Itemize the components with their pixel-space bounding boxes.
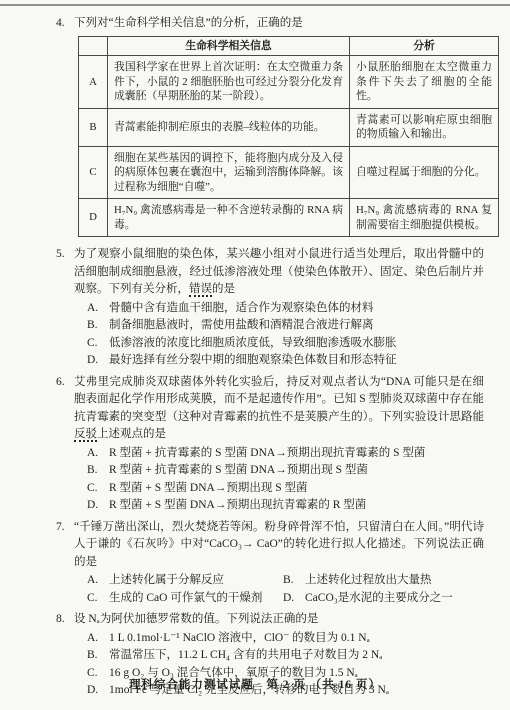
option-label: A.: [87, 572, 109, 590]
stem-text: 艾弗里完成肺炎双球菌体外转化实验后，持反对观点者认为“DNA 可能只是在细胞表面…: [74, 376, 484, 423]
row-analysis: H₇N₉ 禽流感病毒的 RNA 复制需要宿主细胞提供模板。: [350, 199, 499, 237]
option-text: 骨髓中含有造血干细胞，适合作为观察染色体的材料: [109, 300, 374, 318]
stem-emphasis: 错误: [189, 283, 212, 297]
option-text: 常温常压下，11.2 L CH₄ 含有的共用电子对数目为 2 Nₐ: [109, 647, 382, 665]
option-c: C.R 型菌 + S 型菌 DNA→预期出现 S 型菌: [74, 480, 484, 498]
option-c: C.生成的 CaO 可作氯气的干燥剂: [74, 590, 270, 608]
row-label: D: [79, 199, 108, 237]
exam-page: 4. 下列对“生命科学相关信息”的分析，正确的是 生命科学相关信息 分析 A 我…: [0, 0, 510, 710]
option-a: A.1 L 0.1mol·L⁻¹ NaClO 溶液中，ClO⁻ 的数目为 0.1…: [74, 630, 484, 648]
option-text: CaCO₃是水泥的主要成分之一: [305, 590, 453, 608]
option-label: D.: [87, 352, 109, 370]
option-label: C.: [87, 335, 109, 353]
row-analysis: 青蒿素可以影响疟原虫细胞的物质输入和输出。: [350, 108, 499, 146]
option-text: 低渗溶液的浓度比细胞质浓度低，导致细胞渗透吸水膨胀: [109, 335, 397, 353]
option-label: B.: [87, 647, 109, 665]
option-text: 1 L 0.1mol·L⁻¹ NaClO 溶液中，ClO⁻ 的数目为 0.1 N…: [109, 630, 370, 648]
option-a: A.R 型菌 + 抗青霉素的 S 型菌 DNA→预期出现抗青霉素的 S 型菌: [74, 445, 484, 463]
option-label: A.: [87, 300, 109, 318]
question-4: 4. 下列对“生命科学相关信息”的分析，正确的是 生命科学相关信息 分析 A 我…: [56, 15, 484, 242]
row-label: A: [79, 56, 108, 109]
question-5-number: 5.: [56, 246, 74, 370]
stem-text: 的是: [212, 283, 235, 295]
question-6-number: 6.: [56, 374, 74, 515]
page-content: 4. 下列对“生命科学相关信息”的分析，正确的是 生命科学相关信息 分析 A 我…: [56, 15, 484, 704]
option-label: B.: [87, 462, 109, 480]
table-row: B 青蒿素能抑制疟原虫的表膜–线粒体的功能。 青蒿素可以影响疟原虫细胞的物质输入…: [79, 108, 499, 146]
option-text: R 型菌 + 抗青霉素的 S 型菌 DNA→预期出现 S 型菌: [109, 462, 368, 480]
page-footer: 理科综合能力测试试题 第 2 页 （共 16 页）: [0, 676, 510, 692]
row-analysis: 小鼠胚胎细胞在太空微重力条件下失去了细胞的全能性。: [350, 56, 499, 109]
question-5: 5. 为了观察小鼠细胞的染色体，某兴趣小组对小鼠进行适当处理后，取出骨髓中的活细…: [56, 246, 484, 370]
row-info: H₇N₉ 禽流感病毒是一种不含逆转录酶的 RNA 病毒。: [108, 199, 350, 237]
option-b: B.制备细胞悬液时，需使用盐酸和酒精混合液进行解离: [74, 317, 484, 335]
row-analysis: 自噬过程属于细胞的分化。: [350, 146, 499, 199]
table-row: A 我国科学家在世界上首次证明：在太空微重力条件下，小鼠的 2 细胞胚胎也可经过…: [79, 56, 499, 109]
table-header-info: 生命科学相关信息: [108, 36, 350, 56]
stem-text: 为了观察小鼠细胞的染色体，某兴趣小组对小鼠进行适当处理后，取出骨髓中的活细胞制成…: [74, 248, 484, 295]
question-6-stem: 艾弗里完成肺炎双球菌体外转化实验后，持反对观点者认为“DNA 可能只是在细胞表面…: [74, 374, 484, 444]
option-text: 最好选择有丝分裂中期的细胞观察染色体数目和形态特征: [109, 352, 397, 370]
option-label: B.: [283, 572, 305, 590]
row-label: B: [79, 108, 108, 146]
question-7-stem: “千锤万凿出深山，烈火焚烧若等闲。粉身碎骨浑不怕，只留清白在人间。”明代诗人于谦…: [74, 519, 484, 572]
row-info: 我国科学家在世界上首次证明：在太空微重力条件下，小鼠的 2 细胞胚胎也可经过分裂…: [108, 56, 350, 109]
option-b: B.常温常压下，11.2 L CH₄ 含有的共用电子对数目为 2 Nₐ: [74, 647, 484, 665]
scan-edge-line: [0, 4, 510, 6]
question-8-stem: 设 Nₐ为阿伏加德罗常数的值。下列说法正确的是: [74, 611, 484, 629]
stem-emphasis: 反驳: [74, 428, 97, 442]
table-header-analysis: 分析: [350, 36, 499, 56]
option-text: R 型菌 + 抗青霉素的 S 型菌 DNA→预期出现抗青霉素的 S 型菌: [109, 445, 425, 463]
option-a: A.上述转化属于分解反应: [74, 572, 270, 590]
option-text: 生成的 CaO 可作氯气的干燥剂: [109, 590, 262, 608]
question-4-stem: 下列对“生命科学相关信息”的分析，正确的是: [74, 15, 499, 33]
option-label: B.: [87, 317, 109, 335]
option-label: C.: [87, 480, 109, 498]
option-label: A.: [87, 630, 109, 648]
table-row: C 细胞在某些基因的调控下，能将胞内成分及入侵的病原体包裹在囊泡中，运输到溶酶体…: [79, 146, 499, 199]
question-7-number: 7.: [56, 519, 74, 608]
option-b: B.R 型菌 + 抗青霉素的 S 型菌 DNA→预期出现 S 型菌: [74, 462, 484, 480]
question-5-stem: 为了观察小鼠细胞的染色体，某兴趣小组对小鼠进行适当处理后，取出骨髓中的活细胞制成…: [74, 246, 484, 299]
option-label: C.: [87, 590, 109, 608]
question-4-number: 4.: [56, 15, 74, 242]
option-c: C.低渗溶液的浓度比细胞质浓度低，导致细胞渗透吸水膨胀: [74, 335, 484, 353]
question-4-table: 生命科学相关信息 分析 A 我国科学家在世界上首次证明：在太空微重力条件下，小鼠…: [78, 36, 499, 238]
question-6: 6. 艾弗里完成肺炎双球菌体外转化实验后，持反对观点者认为“DNA 可能只是在细…: [56, 374, 484, 515]
row-info: 青蒿素能抑制疟原虫的表膜–线粒体的功能。: [108, 108, 350, 146]
question-7: 7. “千锤万凿出深山，烈火焚烧若等闲。粉身碎骨浑不怕，只留清白在人间。”明代诗…: [56, 519, 484, 608]
option-label: A.: [87, 445, 109, 463]
stem-text: 上述观点的是: [97, 428, 166, 440]
question-6-options: A.R 型菌 + 抗青霉素的 S 型菌 DNA→预期出现抗青霉素的 S 型菌 B…: [74, 445, 484, 515]
option-a: A.骨髓中含有造血干细胞，适合作为观察染色体的材料: [74, 300, 484, 318]
table-row: D H₇N₉ 禽流感病毒是一种不含逆转录酶的 RNA 病毒。 H₇N₉ 禽流感病…: [79, 199, 499, 237]
row-info: 细胞在某些基因的调控下，能将胞内成分及入侵的病原体包裹在囊泡中，运输到溶酶体降解…: [108, 146, 350, 199]
option-b: B.上述转化过程放出大量热: [270, 572, 484, 590]
question-5-options: A.骨髓中含有造血干细胞，适合作为观察染色体的材料 B.制备细胞悬液时，需使用盐…: [74, 300, 484, 370]
option-text: R 型菌 + S 型菌 DNA→预期出现抗青霉素的 R 型菌: [109, 497, 366, 515]
option-label: D.: [283, 590, 305, 608]
option-text: 制备细胞悬液时，需使用盐酸和酒精混合液进行解离: [109, 317, 374, 335]
option-d: D.最好选择有丝分裂中期的细胞观察染色体数目和形态特征: [74, 352, 484, 370]
table-header-row: 生命科学相关信息 分析: [79, 36, 499, 56]
option-d: D.CaCO₃是水泥的主要成分之一: [270, 590, 484, 608]
option-label: D.: [87, 497, 109, 515]
option-text: R 型菌 + S 型菌 DNA→预期出现 S 型菌: [109, 480, 308, 498]
option-text: 上述转化过程放出大量热: [305, 572, 432, 590]
table-header-empty: [79, 36, 108, 56]
option-text: 上述转化属于分解反应: [109, 572, 224, 590]
option-d: D.R 型菌 + S 型菌 DNA→预期出现抗青霉素的 R 型菌: [74, 497, 484, 515]
row-label: C: [79, 146, 108, 199]
question-7-options: A.上述转化属于分解反应 B.上述转化过程放出大量热 C.生成的 CaO 可作氯…: [74, 572, 484, 607]
